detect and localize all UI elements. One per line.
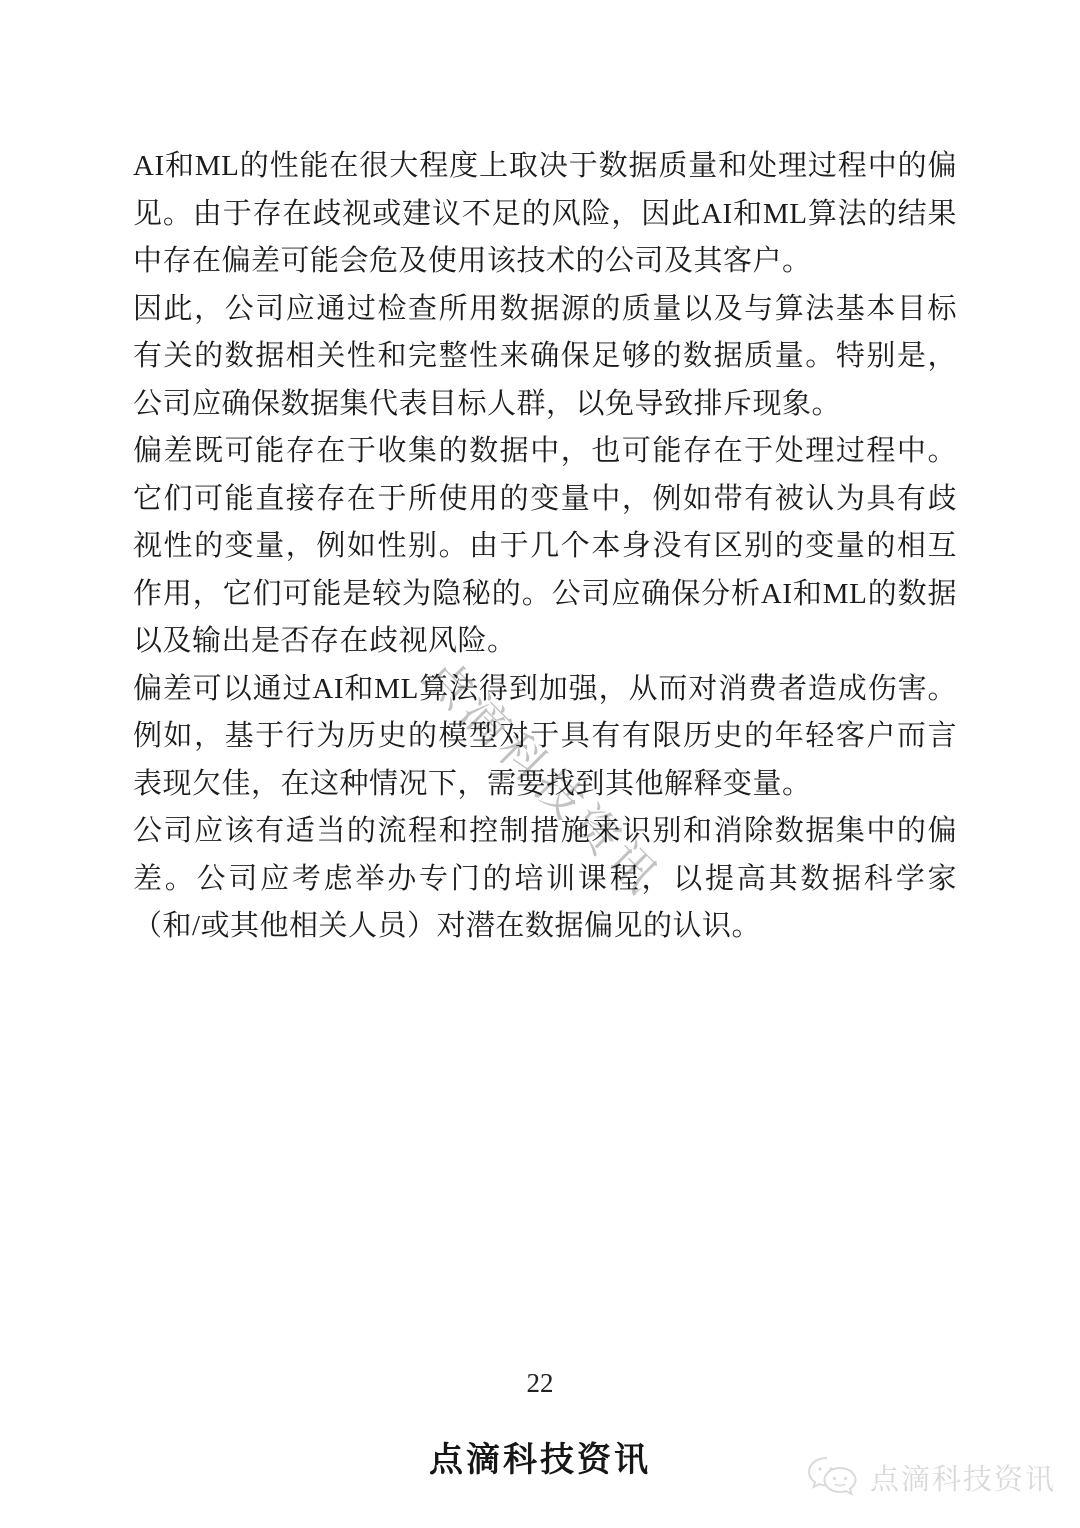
document-page: 点滴科技资讯 AI和ML的性能在很大程度上取决于数据质量和处理过程中的偏见。由于…	[0, 0, 1080, 1528]
paragraph: 公司应该有适当的流程和控制措施来识别和消除数据集中的偏差。公司应考虑举办专门的培…	[133, 808, 957, 951]
body-text-block: AI和ML的性能在很大程度上取决于数据质量和处理过程中的偏见。由于存在歧视或建议…	[133, 143, 957, 951]
paragraph: 偏差可以通过AI和ML算法得到加强，从而对消费者造成伤害。例如，基于行为历史的模…	[133, 666, 957, 809]
corner-brand-label: 点滴科技资讯	[870, 1457, 1056, 1498]
page-number: 22	[0, 1368, 1080, 1399]
paragraph: 偏差既可能存在于收集的数据中，也可能存在于处理过程中。它们可能直接存在于所使用的…	[133, 428, 957, 666]
paragraph: 因此，公司应通过检查所用数据源的质量以及与算法基本目标有关的数据相关性和完整性来…	[133, 286, 957, 429]
wechat-chat-bubbles-icon	[806, 1454, 860, 1500]
corner-brand-logo: 点滴科技资讯	[806, 1454, 1056, 1500]
paragraph: AI和ML的性能在很大程度上取决于数据质量和处理过程中的偏见。由于存在歧视或建议…	[133, 143, 957, 286]
